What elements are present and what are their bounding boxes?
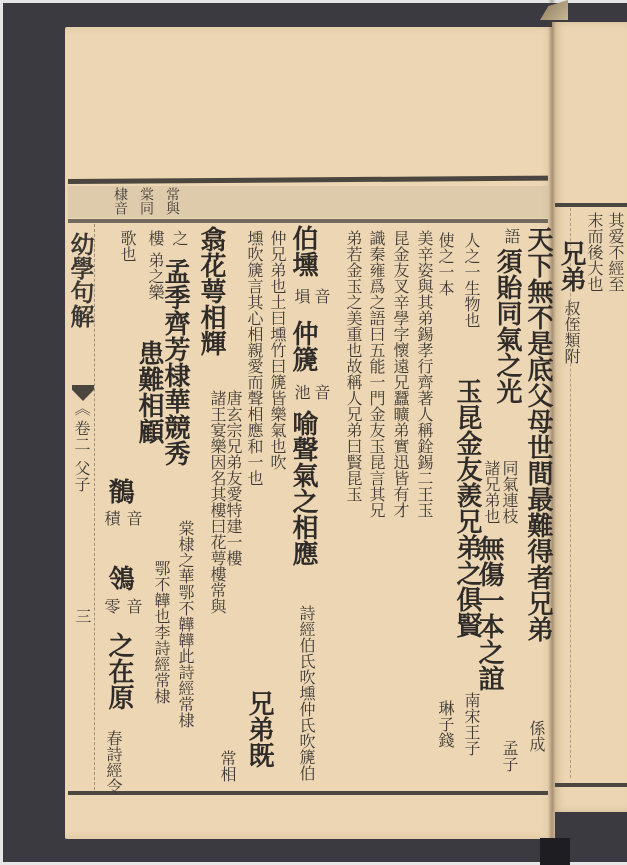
main-note-col-16b: 弟之樂 (146, 252, 164, 300)
frame-border-bottom-right (555, 783, 627, 787)
main-note-col-9: 識秦雍爲之語曰五能一門金友玉昆言其兄 (362, 230, 391, 518)
viewer-frame-top (0, 0, 627, 3)
main-note-col-10b: 塤 (292, 288, 310, 304)
main-text-col-10b: 仲篪 (288, 320, 318, 372)
main-note-col-4a: 人之一生物也 (462, 232, 480, 328)
main-text-col-4: 玉昆金友羨兄弟之俱賢 (452, 378, 482, 638)
main-note-col-17f: 春詩經令 (104, 730, 122, 794)
main-text-col-2a: 須貽同氣之光 (492, 248, 522, 404)
main-note-col-17e: 零 (102, 598, 120, 614)
main-note-col-10c: 音 (312, 384, 330, 400)
right-page-rule (570, 208, 572, 778)
main-note-col-4b: 南宋王子 (462, 692, 480, 756)
frame-border-header (68, 219, 548, 223)
frame-border-bottom (68, 791, 548, 795)
banxin-chapter: 父子 (72, 460, 90, 492)
right-page-col-2: 末而後大也 (585, 212, 603, 292)
main-note-col-16a: 樓 (146, 230, 164, 246)
main-note-col-10d: 池 (292, 384, 310, 400)
main-text-col-1: 天下無不是底父母世間最難得者兄弟 (522, 226, 553, 642)
spine-gap (540, 838, 570, 865)
header-note-col-2: 棠同 (138, 187, 153, 215)
main-note-col-10a: 音 (312, 288, 330, 304)
right-page-heading: 兄弟 (556, 240, 586, 292)
main-note-col-17b: 音 (124, 510, 142, 526)
right-page-subheading: 叔侄類附 (562, 300, 580, 364)
main-note-col-17c: 積 (102, 510, 120, 526)
main-text-col-10a: 伯壎 (288, 225, 318, 277)
main-text-col-10c: 喻聲氣之相應 (288, 410, 318, 566)
main-note-col-14b: 常相 (218, 750, 236, 782)
main-note-col-5b: 琳子錢 (436, 700, 454, 748)
banxin-volume: 卷二 (72, 420, 90, 452)
main-note-col-17d: 音 (124, 598, 142, 614)
main-text-col-17b: 鴒 (104, 565, 134, 591)
main-text-col-16: 患難相顧 (134, 340, 164, 444)
main-note-col-17a: 歌也 (118, 230, 136, 262)
frame-border-top-right (555, 203, 627, 207)
main-note-col-3: 諸兄弟也 (482, 460, 500, 524)
banxin-page-number: 三 (73, 608, 91, 624)
book-page-right (552, 22, 627, 812)
main-note-col-1: 係成 (527, 720, 545, 752)
banxin-bracket: 《 (72, 400, 90, 416)
header-note-col-3: 棣音 (112, 187, 127, 215)
main-note-col-2c: 孟子 (500, 740, 518, 772)
main-note-col-15a: 之 (170, 230, 188, 246)
main-note-col-16c: 鄂不韡也李詩經常棣 (146, 560, 176, 704)
main-note-col-2b: 同氣連枝 (500, 460, 518, 524)
header-note-col-1: 常與 (164, 187, 179, 215)
main-note-col-2a: 語 (502, 228, 520, 244)
right-page-col-1: 其爱不經至 (606, 212, 624, 292)
main-note-col-10e: 詩經伯氏吹壎仲氏吹篪伯 (292, 605, 321, 781)
main-text-col-12: 兄弟既 (244, 690, 274, 768)
viewer-frame-left (0, 0, 3, 865)
main-note-col-14: 唐玄宗兄弟友愛特建一樓 (218, 390, 248, 566)
main-text-col-17c: 之在原 (104, 632, 134, 710)
main-text-col-13: 翕花萼相輝 (196, 226, 226, 356)
banxin-title: 幼學句解 (66, 232, 94, 328)
main-text-col-17a: 鶺 (104, 478, 134, 504)
